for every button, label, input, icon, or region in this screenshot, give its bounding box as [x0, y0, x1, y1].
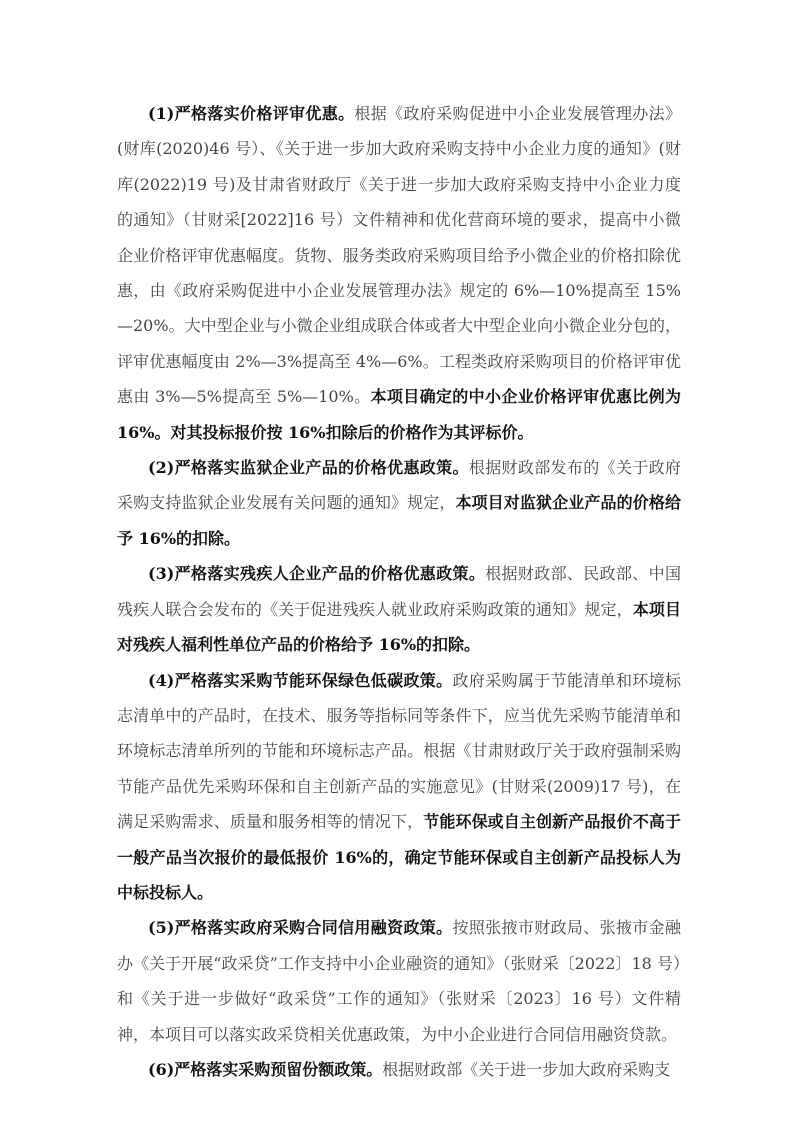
body-text: 根据《政府采购促进中小企业发展管理办法》(财库(2020)46 号）、《关于进一… — [117, 104, 681, 406]
paragraph-disabled-enterprise: (3)严格落实残疾人企业产品的价格优惠政策。根据财政部、民政部、中国残疾人联合会… — [117, 556, 681, 662]
heading-green-procurement: (4)严格落实采购节能环保绿色低碳政策。 — [148, 671, 453, 690]
paragraph-price-evaluation: (1)严格落实价格评审优惠。根据《政府采购促进中小企业发展管理办法》(财库(20… — [117, 96, 681, 450]
body-text: 政府采购属于节能清单和环境标志清单中的产品时，在技术、服务等指标同等条件下，应当… — [117, 671, 681, 832]
paragraph-prison-enterprise: (2)严格落实监狱企业产品的价格优惠政策。根据财政部发布的《关于政府采购支持监狱… — [117, 450, 681, 556]
heading-disabled-enterprise: (3)严格落实残疾人企业产品的价格优惠政策。 — [148, 564, 485, 583]
paragraph-credit-financing: (5)严格落实政府采购合同信用融资政策。按照张掖市财政局、张掖市金融办《关于开展… — [117, 910, 681, 1052]
heading-credit-financing: (5)严格落实政府采购合同信用融资政策。 — [148, 918, 453, 937]
paragraph-green-procurement: (4)严格落实采购节能环保绿色低碳政策。政府采购属于节能清单和环境标志清单中的产… — [117, 663, 681, 911]
body-text: 根据财政部《关于进一步加大政府采购支 — [382, 1060, 670, 1079]
paragraph-reserved-share: (6)严格落实采购预留份额政策。根据财政部《关于进一步加大政府采购支 — [117, 1052, 681, 1087]
heading-prison-enterprise: (2)严格落实监狱企业产品的价格优惠政策。 — [148, 458, 469, 477]
document-page: (1)严格落实价格评审优惠。根据《政府采购促进中小企业发展管理办法》(财库(20… — [117, 96, 681, 1087]
heading-reserved-share: (6)严格落实采购预留份额政策。 — [148, 1060, 382, 1079]
heading-price-evaluation: (1)严格落实价格评审优惠。 — [148, 104, 354, 123]
